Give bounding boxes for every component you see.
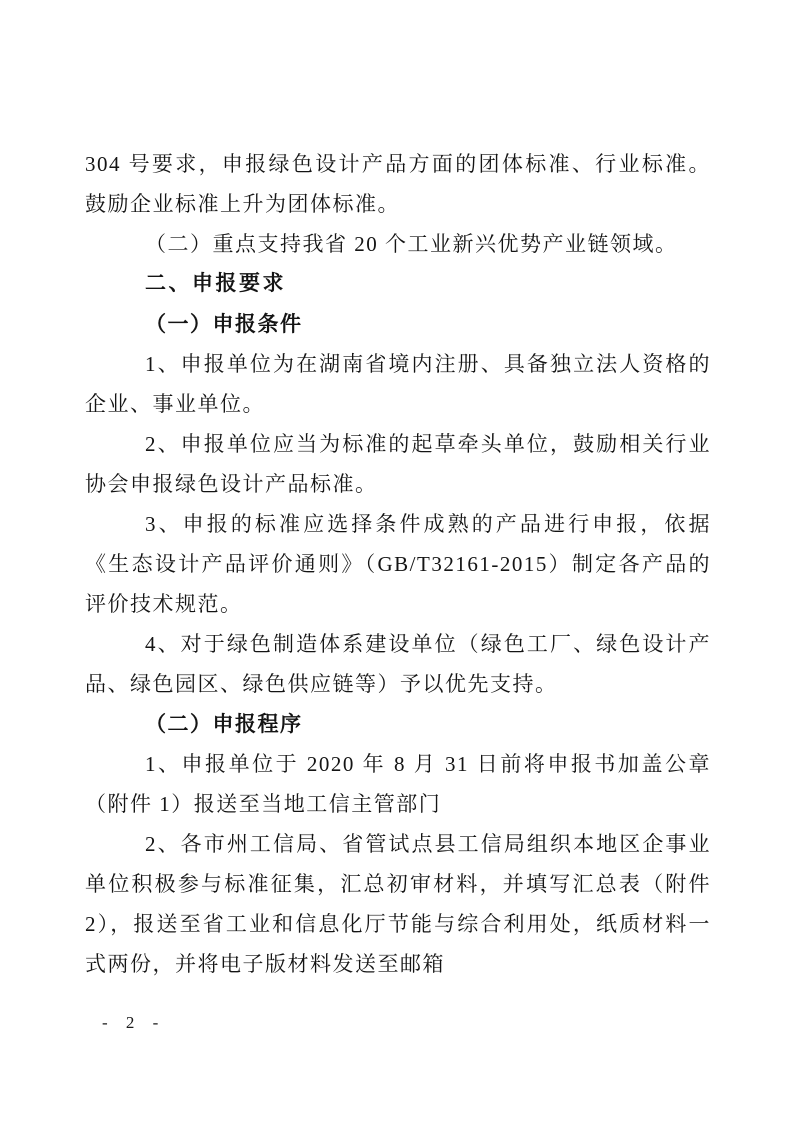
document-body: 304 号要求，申报绿色设计产品方面的团体标准、行业标准。鼓励企业标准上升为团体… xyxy=(85,144,711,984)
subsection-heading: （二）申报程序 xyxy=(85,704,711,744)
subsection-heading: （一）申报条件 xyxy=(85,304,711,344)
paragraph: 1、申报单位于 2020 年 8 月 31 日前将申报书加盖公章（附件 1）报送… xyxy=(85,744,711,824)
document-page: 304 号要求，申报绿色设计产品方面的团体标准、行业标准。鼓励企业标准上升为团体… xyxy=(0,0,793,1122)
page-number: - 2 - xyxy=(102,1013,165,1033)
paragraph: 2、各市州工信局、省管试点县工信局组织本地区企事业单位积极参与标准征集，汇总初审… xyxy=(85,824,711,984)
paragraph: 1、申报单位为在湖南省境内注册、具备独立法人资格的企业、事业单位。 xyxy=(85,344,711,424)
paragraph: 4、对于绿色制造体系建设单位（绿色工厂、绿色设计产品、绿色园区、绿色供应链等）予… xyxy=(85,624,711,704)
paragraph: 2、申报单位应当为标准的起草牵头单位，鼓励相关行业协会申报绿色设计产品标准。 xyxy=(85,424,711,504)
section-heading: 二、申报要求 xyxy=(85,264,711,304)
paragraph: （二）重点支持我省 20 个工业新兴优势产业链领域。 xyxy=(85,224,711,264)
paragraph: 3、申报的标准应选择条件成熟的产品进行申报，依据《生态设计产品评价通则》（GB/… xyxy=(85,504,711,624)
paragraph-continuation: 304 号要求，申报绿色设计产品方面的团体标准、行业标准。鼓励企业标准上升为团体… xyxy=(85,144,711,224)
